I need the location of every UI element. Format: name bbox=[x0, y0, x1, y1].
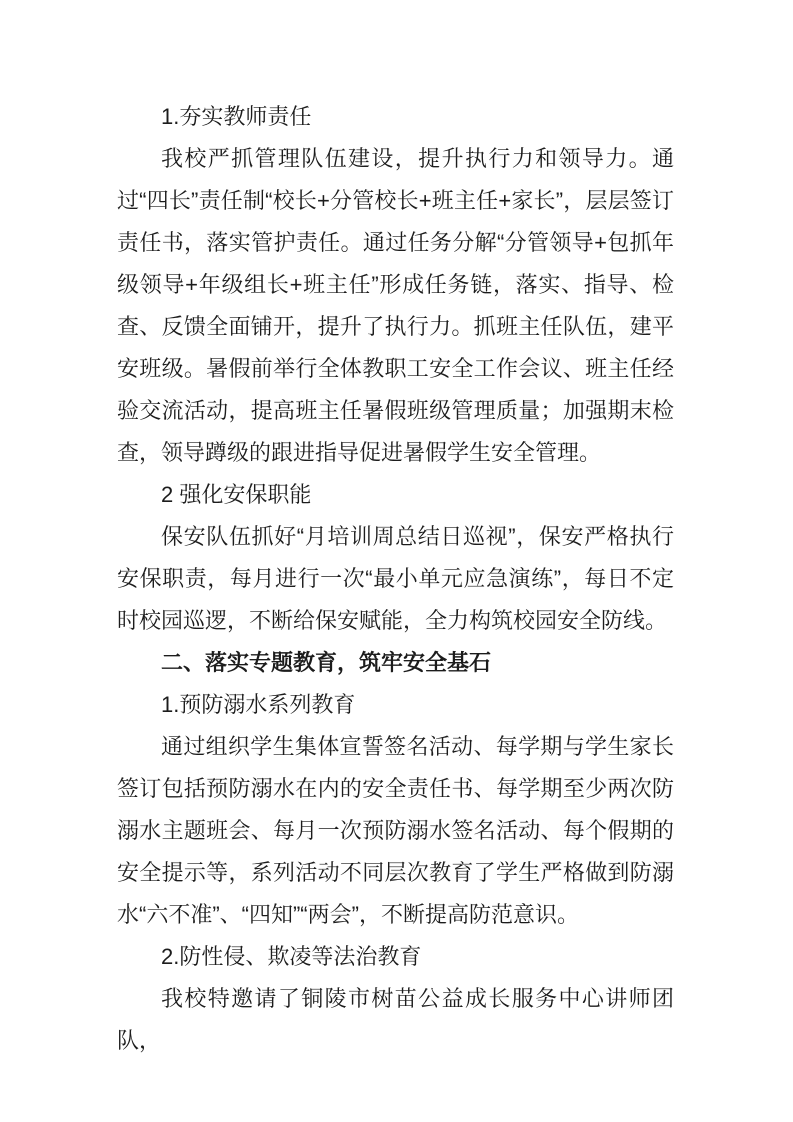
subheading-solidify-teacher-responsibility: 1.夯实教师责任 bbox=[117, 96, 674, 138]
subheading-strengthen-security: 2 强化安保职能 bbox=[117, 474, 674, 516]
paragraph-drowning-activities: 通过组织学生集体宣誓签名活动、每学期与学生家长签订包括预防溺水在内的安全责任书、… bbox=[117, 726, 674, 936]
subheading-drowning-prevention: 1.预防溺水系列教育 bbox=[117, 684, 674, 726]
paragraph-lecturer-team: 我校特邀请了铜陵市树苗公益成长服务中心讲师团队， bbox=[117, 978, 674, 1062]
paragraph-teacher-management: 我校严抓管理队伍建设，提升执行力和领导力。通过“四长”责任制“校长+分管校长+班… bbox=[117, 138, 674, 474]
document-body-text: 1.夯实教师责任 我校严抓管理队伍建设，提升执行力和领导力。通过“四长”责任制“… bbox=[117, 96, 674, 1062]
document-page: 1.夯实教师责任 我校严抓管理队伍建设，提升执行力和领导力。通过“四长”责任制“… bbox=[0, 0, 793, 1122]
section-heading-special-education: 二、落实专题教育，筑牢安全基石 bbox=[117, 642, 674, 684]
subheading-anti-abuse-law-education: 2.防性侵、欺凌等法治教育 bbox=[117, 936, 674, 978]
paragraph-security-team: 保安队伍抓好“月培训周总结日巡视”，保安严格执行安保职责，每月进行一次“最小单元… bbox=[117, 516, 674, 642]
